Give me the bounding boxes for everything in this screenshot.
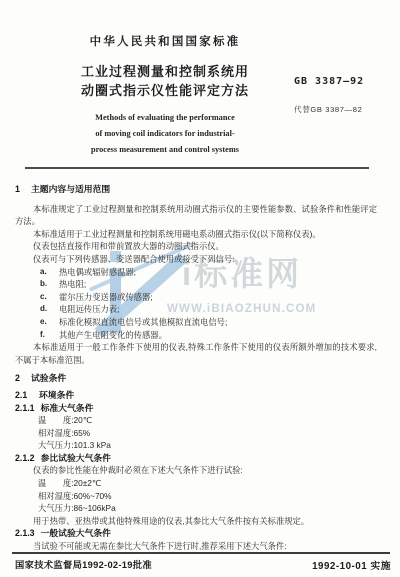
document-title-en-line1: Methods of evaluating the performance bbox=[48, 110, 282, 126]
footer-divider-rule bbox=[12, 552, 390, 554]
standard-code: GB 3387—92 bbox=[294, 76, 364, 87]
document-title-cn-line1: 工业过程测量和控制系统用 bbox=[53, 63, 277, 82]
section-2-1-2-title: 参比试验大气条件 bbox=[41, 453, 111, 463]
list-item-text: 热电偶或辐射感温器; bbox=[59, 266, 136, 279]
document-title-en-line2: of moving coil indicators for industrial… bbox=[48, 126, 282, 142]
section-2-number: 2 bbox=[15, 372, 23, 385]
list-item: f. 其他产生电阻变化的传感器。 bbox=[40, 329, 377, 342]
standard-replaces: 代替GB 3387—82 bbox=[294, 104, 362, 115]
section-2-title: 试验条件 bbox=[31, 373, 66, 383]
section-2-1-3-heading: 2.1.3一般试验大气条件 bbox=[15, 527, 377, 540]
list-item-label: b. bbox=[40, 278, 59, 291]
document-body: 1主题内容与适用范围 本标准规定了工业过程测量和控制系统用动圈式指示仪的主要性能… bbox=[15, 183, 377, 553]
footer-effective-date: 1992-10-01 实施 bbox=[312, 558, 391, 572]
section-1-paragraph-3: 仪表包括直接作用和带前置放大器的动圈式指示仪。 bbox=[15, 240, 377, 253]
document-title-en: Methods of evaluating the performance of… bbox=[48, 110, 282, 157]
section-1-paragraph-5: 本标准适用于一般工作条件下使用的仪表,特殊工作条件下使用的仪表所额外增加的技术要… bbox=[15, 341, 377, 366]
footer-approval-text: 国家技术监督局1992-02-19批准 bbox=[15, 557, 152, 571]
section-2-1-2-heading: 2.1.2参比试验大气条件 bbox=[15, 452, 377, 465]
section-2-1-2-intro: 仪表的参比性能在仲裁时必须在下述大气条件下进行试验: bbox=[15, 464, 377, 477]
section-1-paragraph-2: 本标准适用于工业过程测量和控制系统用磁电系动圈式指示仪(以下简称仪表)。 bbox=[15, 228, 377, 241]
list-item: c. 霍尔压力变送器或传感器; bbox=[40, 291, 377, 304]
reference-humidity-value: 相对湿度:60%~70% bbox=[38, 490, 377, 503]
standard-pressure-value: 大气压力:101.3 kPa bbox=[38, 439, 377, 452]
section-2-1-title: 环境条件 bbox=[39, 390, 74, 400]
section-2-1-1-title: 标准大气条件 bbox=[41, 403, 94, 413]
list-item-label: f. bbox=[40, 329, 59, 342]
section-2-1-1-heading: 2.1.1标准大气条件 bbox=[15, 402, 377, 415]
list-item: d. 电阻远传压力表; bbox=[40, 303, 377, 316]
national-standard-label: 中华人民共和国国家标准 bbox=[55, 33, 275, 49]
list-item: a. 热电偶或辐射感温器; bbox=[40, 266, 377, 279]
list-item-text: 其他产生电阻变化的传感器。 bbox=[59, 329, 167, 342]
section-1-number: 1 bbox=[15, 183, 23, 196]
section-2-1-3-number: 2.1.3 bbox=[15, 527, 35, 540]
list-item: e. 标准化模拟直流电信号或其他模拟直流电信号; bbox=[40, 316, 377, 329]
section-1-heading: 1主题内容与适用范围 bbox=[15, 183, 377, 196]
document-title-en-line3: process measurement and control systems bbox=[48, 142, 282, 158]
section-2-1-2-number: 2.1.2 bbox=[15, 452, 35, 465]
section-1-paragraph-1: 本标准规定了工业过程测量和控制系统用动圈式指示仪的主要性能参数、试验条件和性能评… bbox=[15, 203, 377, 228]
section-2-1-2-note: 用于热带、亚热带或其他特殊用途的仪表,其参比大气条件按有关标准规定。 bbox=[15, 515, 377, 528]
section-1-paragraph-4: 仪表可与下列传感器、变送器配合使用或接受下列信号: bbox=[15, 253, 377, 266]
list-item-text: 标准化模拟直流电信号或其他模拟直流电信号; bbox=[59, 316, 227, 329]
list-item-label: e. bbox=[40, 316, 59, 329]
list-item-label: d. bbox=[40, 303, 59, 316]
standard-temperature-value: 温 度:20℃ bbox=[38, 414, 377, 427]
document-title-cn-line2: 动圈式指示仪性能评定方法 bbox=[53, 82, 277, 101]
list-item-text: 电阻远传压力表; bbox=[59, 303, 119, 316]
reference-pressure-value: 大气压力:86~106kPa bbox=[38, 502, 377, 515]
section-2-1-3-title: 一般试验大气条件 bbox=[41, 528, 111, 538]
list-item: b. 热电阻; bbox=[40, 278, 377, 291]
section-2-1-heading: 2.1环境条件 bbox=[15, 389, 377, 402]
section-2-1-number: 2.1 bbox=[15, 389, 33, 402]
list-item-text: 霍尔压力变送器或传感器; bbox=[59, 291, 153, 304]
section-1-title: 主题内容与适用范围 bbox=[31, 184, 110, 194]
section-2-1-3-intro: 当试验不可能或无需在参比大气条件下进行时,推荐采用下述大气条件: bbox=[15, 540, 377, 553]
section-2-heading: 2试验条件 bbox=[15, 372, 377, 385]
header-divider-rule bbox=[25, 167, 369, 169]
document-page: i标准网 WWW.iBIAOZHUN.COM 中华人民共和国国家标准 工业过程测… bbox=[0, 0, 400, 577]
standard-humidity-value: 相对湿度:65% bbox=[38, 427, 377, 440]
section-2-1-1-number: 2.1.1 bbox=[15, 402, 35, 415]
reference-temperature-value: 温 度:20±2℃ bbox=[38, 477, 377, 490]
list-item-label: c. bbox=[40, 291, 59, 304]
document-title-cn: 工业过程测量和控制系统用 动圈式指示仪性能评定方法 bbox=[53, 63, 277, 100]
list-item-label: a. bbox=[40, 266, 59, 279]
list-item-text: 热电阻; bbox=[59, 278, 86, 291]
